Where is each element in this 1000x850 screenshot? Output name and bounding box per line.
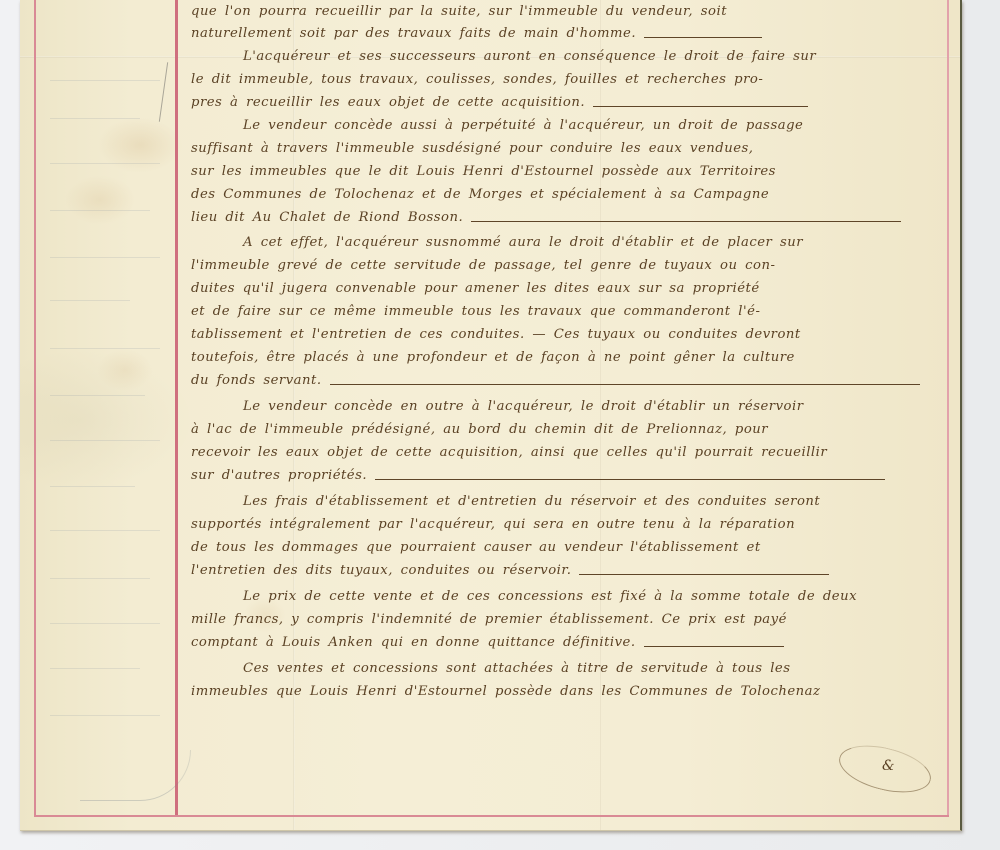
right-margin-rule xyxy=(947,0,949,815)
outer-margin-rule xyxy=(34,0,36,817)
text-line: suffisant à travers l'immeuble susdésign… xyxy=(191,138,753,160)
line-filler-dash xyxy=(471,221,901,222)
text-line: tablissement et l'entretien de ces condu… xyxy=(191,324,801,346)
bleed-through-line xyxy=(50,395,145,396)
line-filler-dash xyxy=(644,646,784,647)
margin-pen-stroke xyxy=(159,62,168,122)
text-line-content: naturellement soit par des travaux faits… xyxy=(191,26,636,41)
bleed-through-line xyxy=(50,163,160,164)
text-line: Le prix de cette vente et de ces concess… xyxy=(191,586,857,608)
text-line: comptant à Louis Anken qui en donne quit… xyxy=(191,632,784,654)
document-page: que l'on pourra recueillir par la suite,… xyxy=(20,0,962,831)
line-filler-dash xyxy=(579,574,829,575)
bleed-through-line xyxy=(50,715,160,716)
notary-initial-mark: & xyxy=(882,758,894,774)
bleed-through-line xyxy=(50,257,160,258)
text-line-content: l'entretien des dits tuyaux, conduites o… xyxy=(191,563,571,578)
text-line: du fonds servant. xyxy=(191,370,920,392)
text-line: que l'on pourra recueillir par la suite,… xyxy=(191,1,941,23)
bleed-through-line xyxy=(50,348,160,349)
text-line: sur d'autres propriétés. xyxy=(191,465,885,487)
text-line: Ces ventes et concessions sont attachées… xyxy=(191,658,791,680)
text-line: pres à recueillir les eaux objet de cett… xyxy=(191,92,808,114)
text-line: l'immeuble grevé de cette servitude de p… xyxy=(191,255,775,277)
text-line: mille francs, y compris l'indemnité de p… xyxy=(191,609,787,631)
text-line: A cet effet, l'acquéreur susnommé aura l… xyxy=(191,232,803,254)
bleed-through-line xyxy=(50,486,135,487)
bleed-through-line xyxy=(50,300,130,301)
text-line: Le vendeur concède aussi à perpétuité à … xyxy=(191,115,803,137)
bleed-through-line xyxy=(50,623,160,624)
text-line: des Communes de Tolochenaz et de Morges … xyxy=(191,184,769,206)
bleed-through-line xyxy=(50,578,150,579)
text-line: toutefois, être placés à une profondeur … xyxy=(191,347,795,369)
text-line: et de faire sur ce même immeuble tous le… xyxy=(191,301,760,323)
text-line: Les frais d'établissement et d'entretien… xyxy=(191,491,820,513)
text-line: L'acquéreur et ses successeurs auront en… xyxy=(191,46,816,68)
text-line: le dit immeuble, tous travaux, coulisses… xyxy=(191,69,763,91)
bottom-margin-rule xyxy=(34,815,949,817)
text-line-content: lieu dit Au Chalet de Riond Bosson. xyxy=(191,210,463,225)
bleed-through-line xyxy=(50,440,160,441)
text-line: lieu dit Au Chalet de Riond Bosson. xyxy=(191,207,901,229)
line-filler-dash xyxy=(644,37,762,38)
bleed-through-line xyxy=(50,80,160,81)
text-line: l'entretien des dits tuyaux, conduites o… xyxy=(191,560,829,582)
text-line: duites qu'il jugera convenable pour amen… xyxy=(191,278,760,300)
bleed-through-line xyxy=(50,118,140,119)
text-line-content: pres à recueillir les eaux objet de cett… xyxy=(191,95,585,110)
line-filler-dash xyxy=(593,106,808,107)
text-line: Le vendeur concède en outre à l'acquéreu… xyxy=(191,396,804,418)
text-line-content: comptant à Louis Anken qui en donne quit… xyxy=(191,635,636,650)
text-line: supportés intégralement par l'acquéreur,… xyxy=(191,514,795,536)
bleed-through-line xyxy=(50,668,140,669)
bleed-through-line xyxy=(50,530,160,531)
inner-margin-rule xyxy=(175,0,178,817)
bleed-through-line xyxy=(50,210,150,211)
line-filler-dash xyxy=(330,384,920,385)
text-line: immeubles que Louis Henri d'Estournel po… xyxy=(191,681,820,703)
text-line: à l'ac de l'immeuble prédésigné, au bord… xyxy=(191,419,768,441)
text-line: de tous les dommages que pourraient caus… xyxy=(191,537,761,559)
line-filler-dash xyxy=(375,479,885,480)
text-line: recevoir les eaux objet de cette acquisi… xyxy=(191,442,827,464)
scan-background: que l'on pourra recueillir par la suite,… xyxy=(0,0,1000,850)
text-line: naturellement soit par des travaux faits… xyxy=(191,23,762,45)
text-line-content: sur d'autres propriétés. xyxy=(191,468,367,483)
text-line-content: du fonds servant. xyxy=(191,373,322,388)
text-line: sur les immeubles que le dit Louis Henri… xyxy=(191,161,776,183)
